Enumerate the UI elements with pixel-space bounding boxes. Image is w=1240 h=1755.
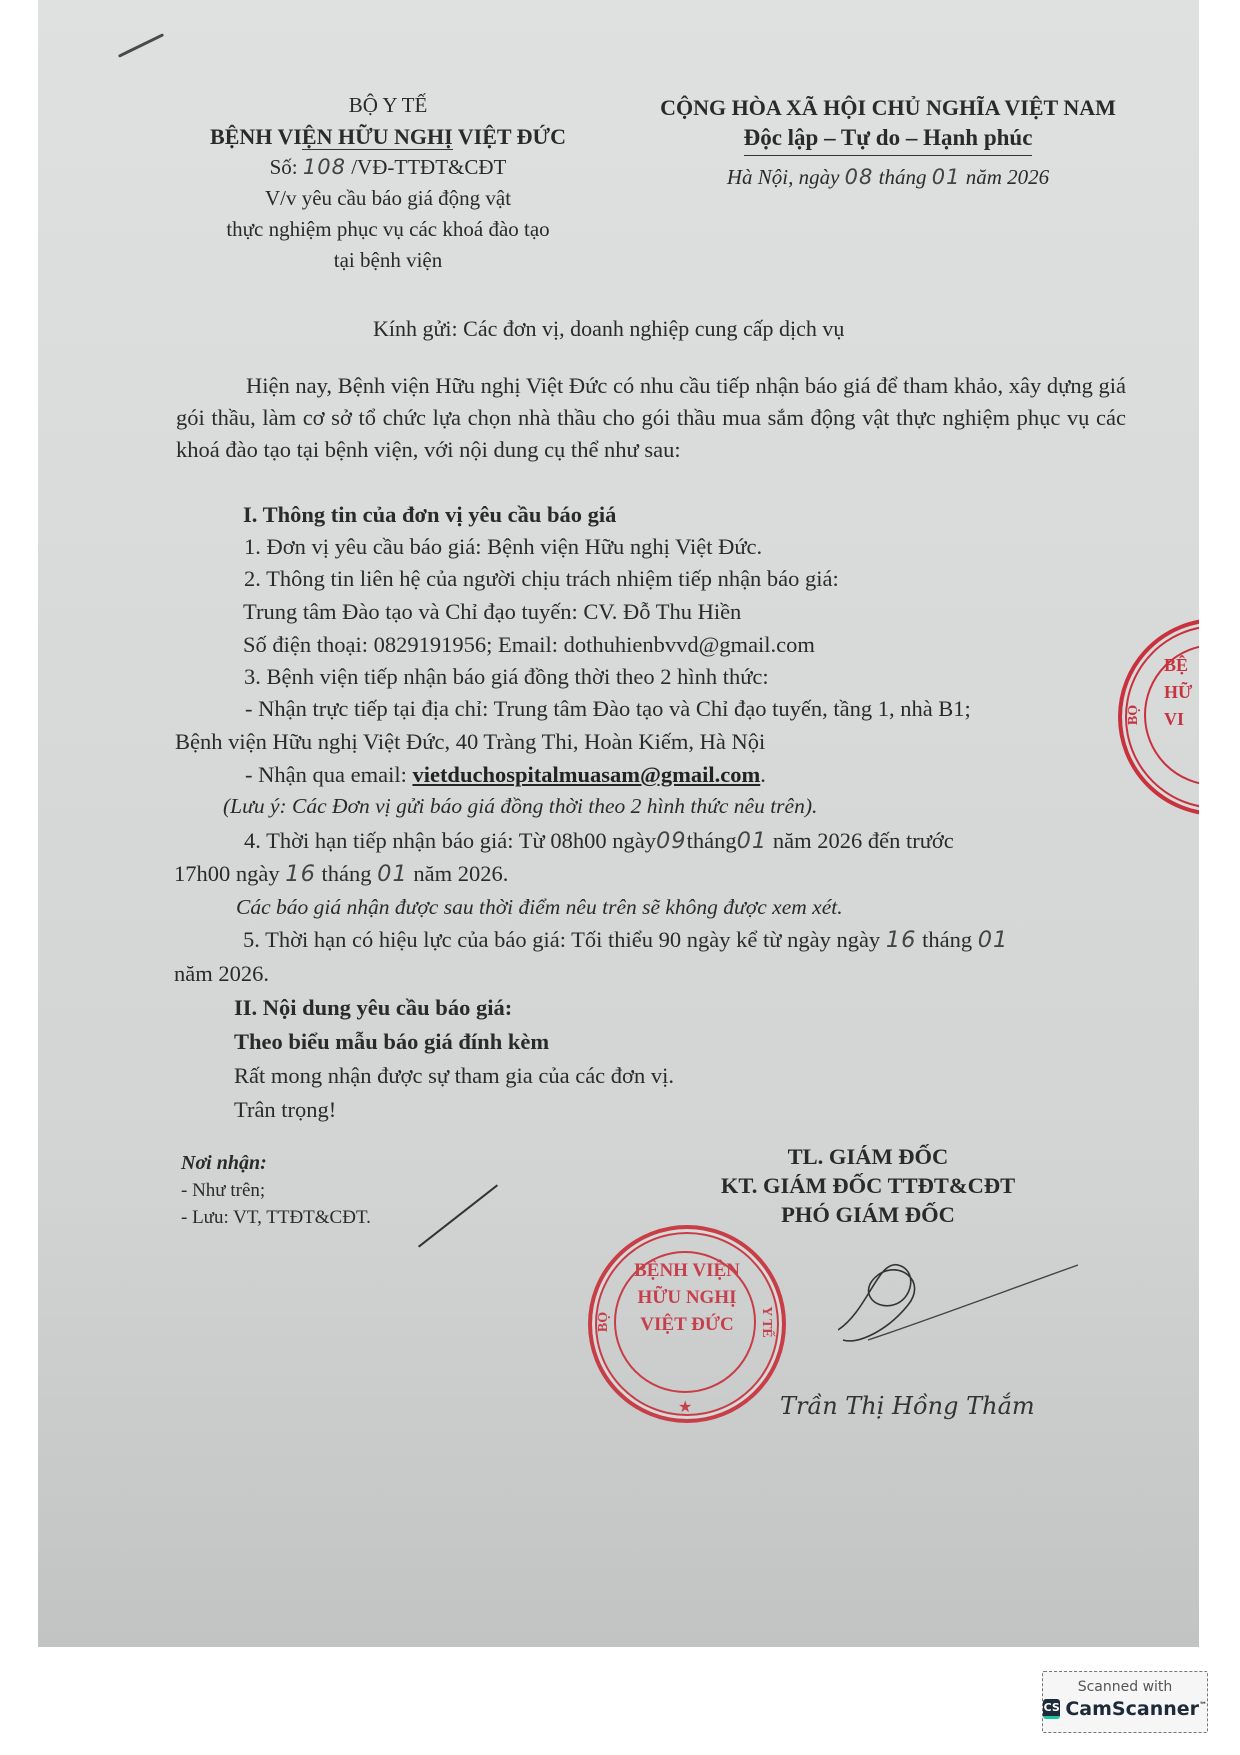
section-1-item-4-deadline: 17h00 ngày 16 tháng 01 năm 2026. xyxy=(174,861,508,887)
subject-line-2: thực nghiệm phục vụ các khoá đào tạo xyxy=(168,214,608,245)
subject-line-3: tại bệnh viện xyxy=(168,245,608,276)
hospital-seal-stamp: BỆNH VIỆN HỮU NGHỊ VIỆT ĐỨC BỘ Y TẾ ★ xyxy=(588,1225,786,1423)
country-name: CỘNG HÒA XÃ HỘI CHỦ NGHĨA VIỆT NAM xyxy=(608,93,1168,123)
contact-center: Trung tâm Đào tạo và Chỉ đạo tuyến: CV. … xyxy=(243,599,741,625)
recipient-item: - Lưu: VT, TTĐT&CĐT. xyxy=(181,1204,371,1231)
ministry-name: BỘ Y TẾ xyxy=(168,90,608,121)
pen-mark xyxy=(118,33,164,58)
section-1-title: I. Thông tin của đơn vị yêu cầu báo giá xyxy=(243,502,616,528)
handwritten-signature xyxy=(838,1250,1078,1360)
closing-sentence: Rất mong nhận được sự tham gia của các đ… xyxy=(234,1063,674,1089)
signature-title-2: KT. GIÁM ĐỐC TTĐT&CĐT xyxy=(658,1171,1078,1200)
camscanner-watermark: Scanned with CS CamScanner™ xyxy=(1042,1671,1208,1733)
recipients-title: Nơi nhận: xyxy=(181,1150,371,1177)
intro-paragraph: Hiện nay, Bệnh viện Hữu nghị Việt Đức có… xyxy=(176,370,1126,466)
regards: Trân trọng! xyxy=(234,1097,336,1123)
recipients-block: Nơi nhận: - Như trên; - Lưu: VT, TTĐT&CĐ… xyxy=(181,1150,371,1231)
section-1-item-1: 1. Đơn vị yêu cầu báo giá: Bệnh viện Hữu… xyxy=(244,534,762,560)
signature-title-1: TL. GIÁM ĐỐC xyxy=(658,1142,1078,1171)
signer-name: Trần Thị Hồng Thắm xyxy=(780,1392,1035,1420)
scanned-document-page: BỘ Y TẾ BỆNH VIỆN HỮU NGHỊ VIỆT ĐỨC Số: … xyxy=(38,0,1199,1647)
watermark-brand: CamScanner™ xyxy=(1065,1698,1207,1720)
section-1-item-5-year: năm 2026. xyxy=(174,961,269,987)
camscanner-logo-icon: CS xyxy=(1043,1699,1060,1719)
section-1-item-4: 4. Thời hạn tiếp nhận báo giá: Từ 08h00 … xyxy=(244,828,954,854)
national-motto: Độc lập – Tự do – Hạnh phúc xyxy=(744,123,1033,156)
issuer-header: BỘ Y TẾ BỆNH VIỆN HỮU NGHỊ VIỆT ĐỨC Số: … xyxy=(168,90,608,276)
direct-delivery-line-1: - Nhận trực tiếp tại địa chỉ: Trung tâm … xyxy=(245,696,971,722)
partial-seal-stamp: BỆ HỮ VI BỘ xyxy=(1118,618,1199,816)
email-delivery: - Nhận qua email: vietduchospitalmuasam@… xyxy=(245,762,766,788)
procurement-email-link[interactable]: vietduchospitalmuasam@gmail.com xyxy=(412,762,760,787)
late-submission-note: Các báo giá nhận được sau thời điểm nêu … xyxy=(236,895,843,920)
star-icon: ★ xyxy=(678,1397,692,1417)
section-1-item-3: 3. Bệnh viện tiếp nhận báo giá đồng thời… xyxy=(244,664,769,690)
subject-line-1: V/v yêu cầu báo giá động vật xyxy=(168,183,608,214)
signature-title-3: PHÓ GIÁM ĐỐC xyxy=(658,1200,1078,1229)
section-1-item-2: 2. Thông tin liên hệ của người chịu trác… xyxy=(244,566,839,592)
national-header: CỘNG HÒA XÃ HỘI CHỦ NGHĨA VIỆT NAM Độc l… xyxy=(608,93,1168,192)
watermark-caption: Scanned with xyxy=(1043,1679,1207,1695)
section-2-title: II. Nội dung yêu cầu báo giá: xyxy=(234,995,512,1021)
section-1-item-5: 5. Thời hạn có hiệu lực của báo giá: Tối… xyxy=(243,927,1008,953)
salutation: Kính gửi: Các đơn vị, doanh nghiệp cung … xyxy=(373,316,844,342)
hospital-name: BỆNH VIỆN HỮU NGHỊ VIỆT ĐỨC xyxy=(168,121,608,152)
contact-phone-email: Số điện thoại: 0829191956; Email: dothuh… xyxy=(243,632,815,658)
submission-note: (Lưu ý: Các Đơn vị gửi báo giá đồng thời… xyxy=(223,794,817,819)
initials-stroke xyxy=(418,1184,498,1247)
signature-block: TL. GIÁM ĐỐC KT. GIÁM ĐỐC TTĐT&CĐT PHÓ G… xyxy=(658,1142,1078,1229)
section-2-subtitle: Theo biểu mẫu báo giá đính kèm xyxy=(234,1029,549,1055)
direct-delivery-line-2: Bệnh viện Hữu nghị Việt Đức, 40 Tràng Th… xyxy=(175,729,765,755)
recipient-item: - Như trên; xyxy=(181,1177,371,1204)
handwritten-doc-number: 108 xyxy=(303,155,346,179)
issue-date: Hà Nội, ngày 08 tháng 01 năm 2026 xyxy=(608,162,1168,192)
document-number: Số: 108 /VĐ-TTĐT&CĐT xyxy=(168,152,608,183)
